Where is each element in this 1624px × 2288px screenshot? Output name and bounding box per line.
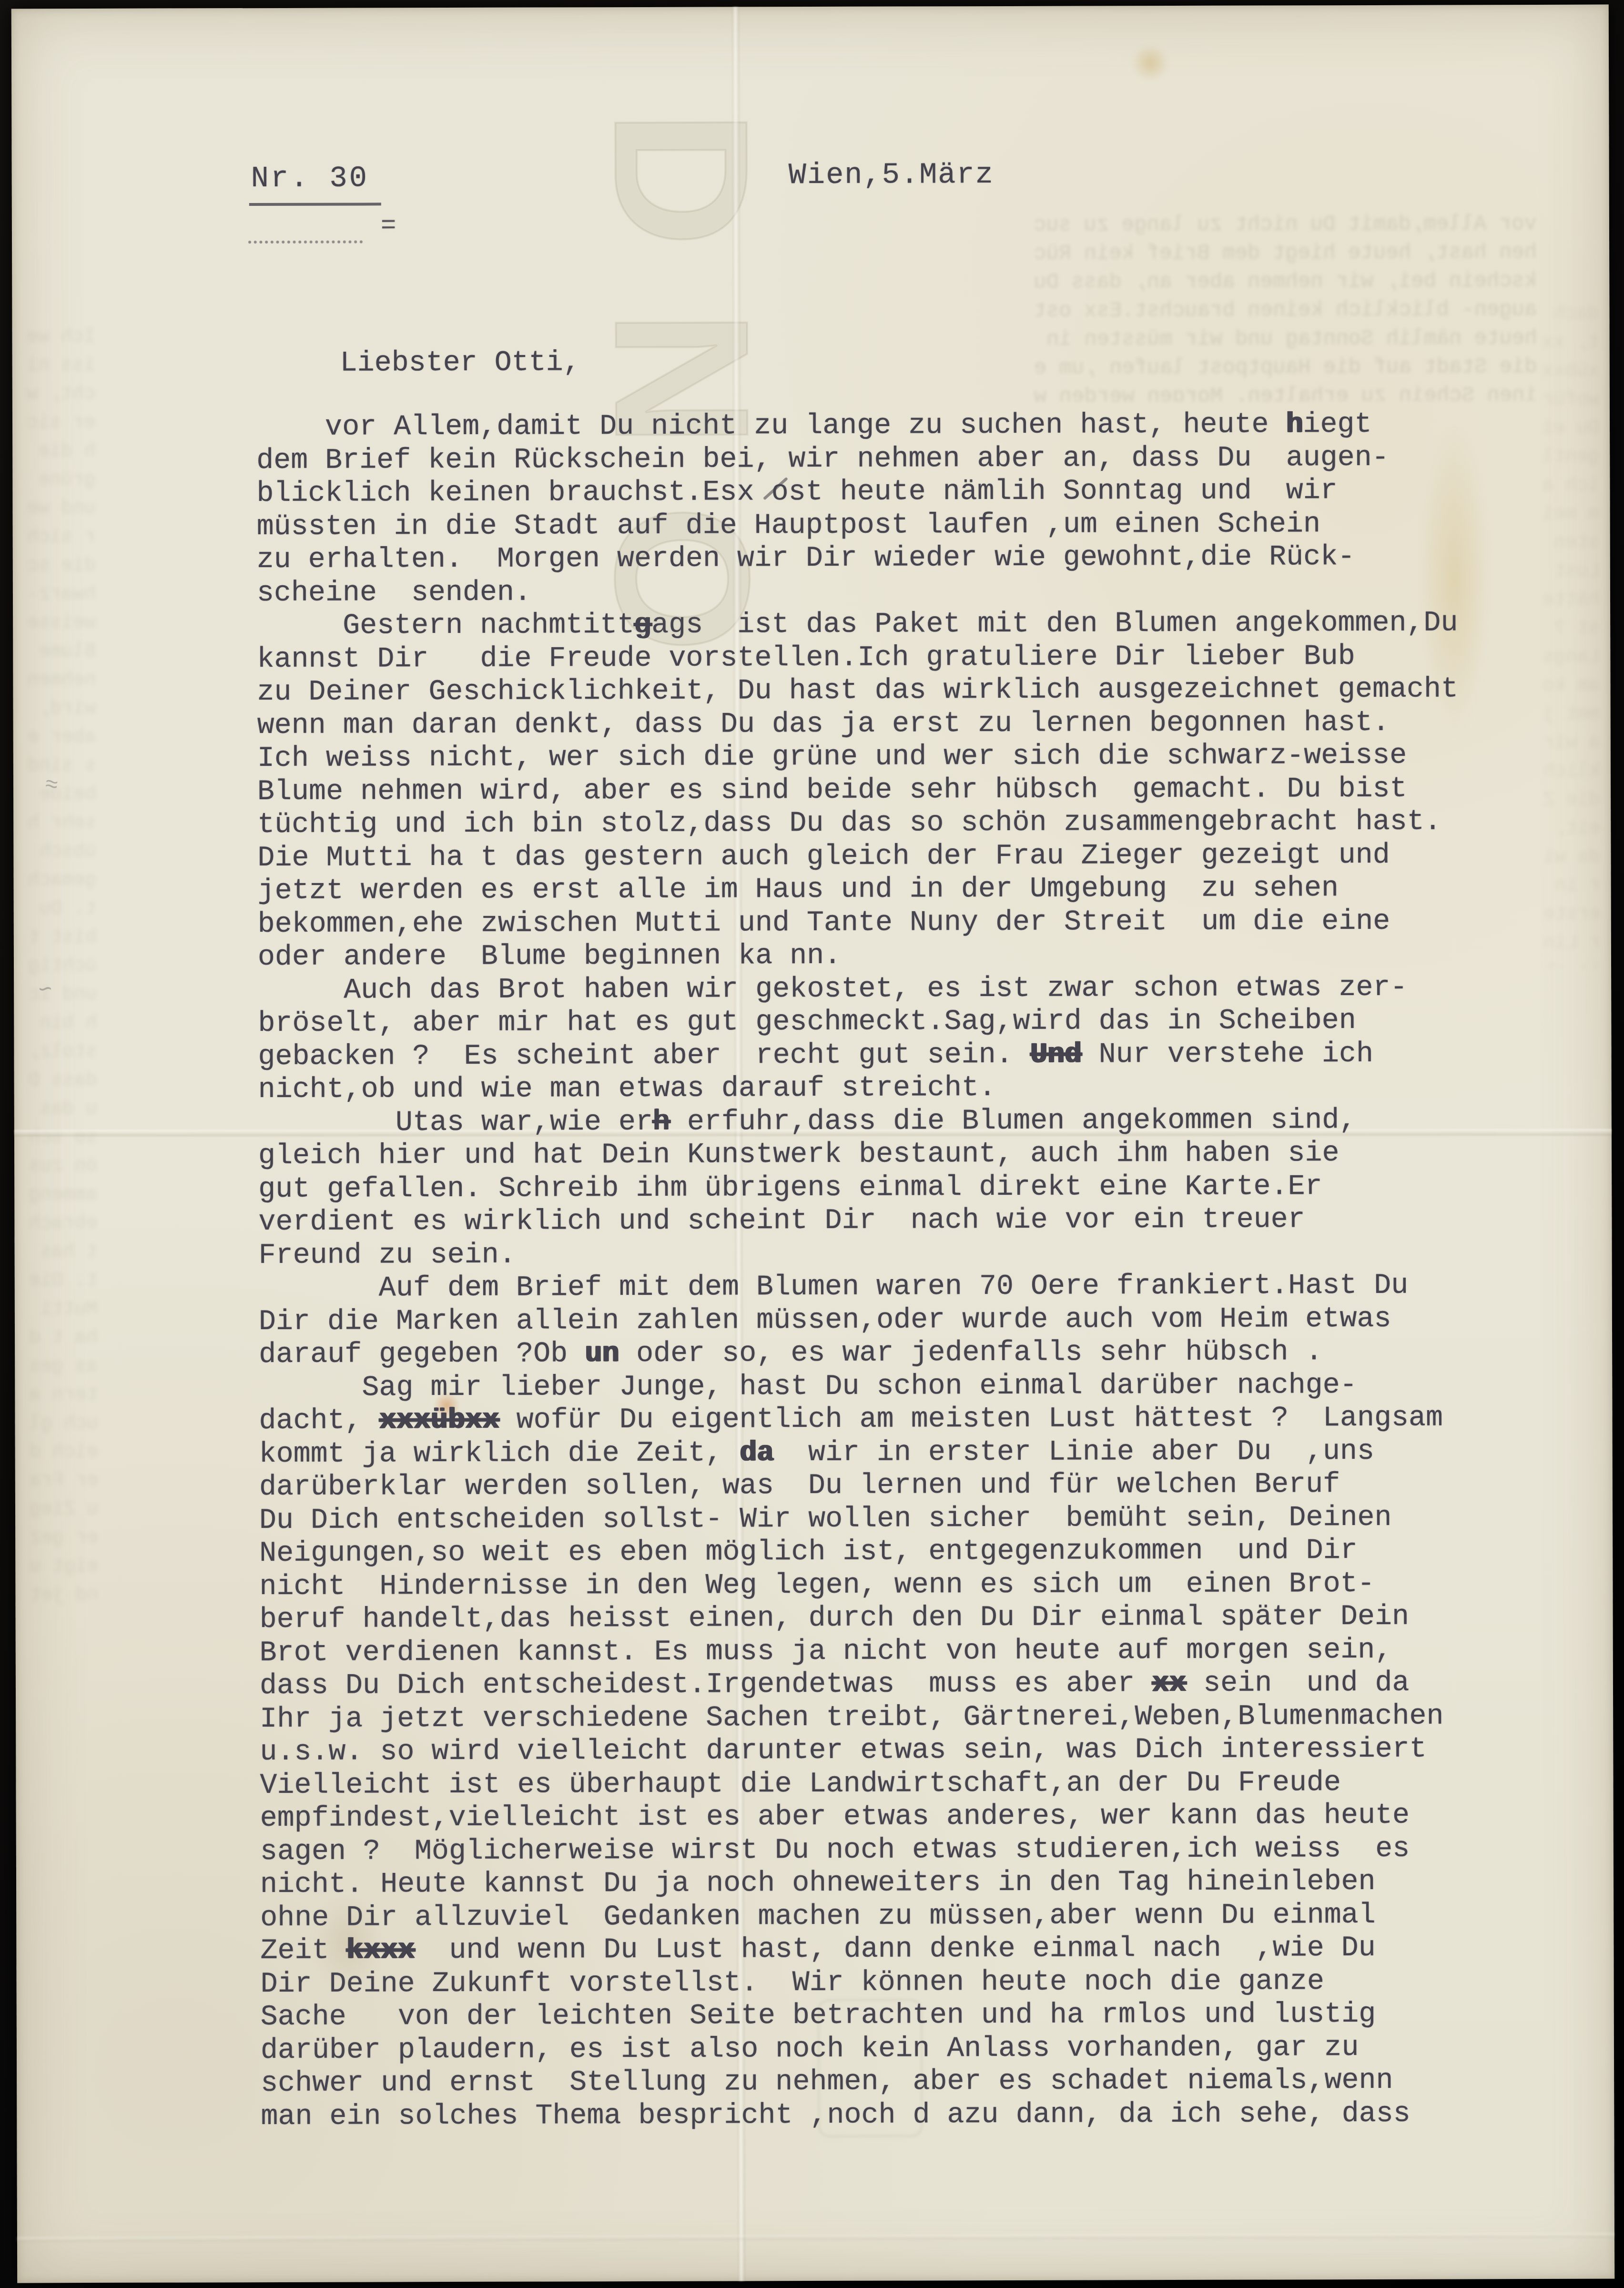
body-line: nicht Hindernisse in den Weg legen, wenn… [259, 1567, 1574, 1604]
body-line: u.s.w. so wird vielleicht darunter etwas… [260, 1733, 1575, 1769]
bleed-through-text-top: vor Allem,damit Du nicht zu lange zu suc… [1022, 210, 1537, 402]
body-line: Freund zu sein. [259, 1236, 1574, 1272]
body-line: nicht,ob und wie man etwas darauf streic… [258, 1070, 1573, 1107]
body-line: Ich weiss nicht, wer sich die grüne und … [257, 739, 1573, 776]
body-line: Auf dem Brief mit dem Blumen waren 70 Oe… [259, 1269, 1574, 1306]
body-line: blicklich keinen brauchst.Esx ost heute … [256, 474, 1572, 511]
body-line: dass Du Dich entscheidest.Irgendetwas mu… [260, 1667, 1575, 1703]
body-line: wenn man daran denkt, dass Du das ja ers… [257, 706, 1573, 742]
body-line: dacht, xxxübxx wofür Du eigentlich am me… [259, 1402, 1574, 1438]
letter-page: DNO vor Allem,damit Du nicht zu lange zu… [11, 5, 1614, 2283]
body-line: verdient es wirklich und scheint Dir nac… [258, 1203, 1573, 1240]
body-line: nicht. Heute kannst Du ja noch ohneweite… [260, 1865, 1575, 1902]
body-line: Dir Deine Zukunft vorstellst. Wir können… [261, 1964, 1576, 2001]
horizontal-fold-crease-bottom [17, 2233, 1614, 2242]
body-line: Zeit kxxx und wenn Du Lust hast, dann de… [260, 1932, 1575, 1968]
body-line: empfindest,vielleicht ist es aber etwas … [260, 1799, 1575, 1836]
body-line: Die Mutti ha t das gestern auch gleich d… [257, 838, 1573, 875]
body-line: man ein solches Thema bespricht ,noch d … [261, 2097, 1576, 2134]
bleed-through-text-left: Ich weiss nicht, wer sich die grüne und … [23, 323, 98, 1610]
body-line: Brot verdienen kannst. Es muss ja nicht … [260, 1633, 1575, 1670]
body-line: Auch das Brot haben wir gekostet, es ist… [258, 971, 1573, 1007]
body-line: Sache von der leichten Seite betrachten … [261, 1998, 1576, 2034]
document-number-underline [248, 240, 363, 244]
body-line: bröselt, aber mir hat es gut geschmeckt.… [258, 1004, 1573, 1041]
body-line: ohne Dir allzuviel Gedanken machen zu mü… [260, 1898, 1575, 1935]
margin-pencil-mark: ∽ [38, 975, 53, 1003]
body-line: darüberklar werden sollen, was Du lernen… [259, 1468, 1574, 1505]
body-line: jetzt werden es erst alle im Haus und in… [258, 872, 1573, 908]
body-line: bekommen,ehe zwischen Mutti und Tante Nu… [258, 905, 1573, 941]
body-line: müssten in die Stadt auf die Hauptpost l… [257, 507, 1572, 544]
paper-stain [1131, 44, 1169, 82]
body-line: vor Allem,damit Du nicht zu lange zu suc… [256, 408, 1572, 445]
body-line: schwer und ernst Stellung zu nehmen, abe… [261, 2064, 1576, 2101]
body-line: beruf handelt,das heisst einen, durch de… [260, 1600, 1575, 1637]
body-line: Sag mir lieber Junge, hast Du schon einm… [259, 1368, 1574, 1405]
body-line: zu Deiner Geschicklichkeit, Du hast das … [257, 673, 1572, 710]
body-line: gut gefallen. Schreib ihm übrigens einma… [258, 1169, 1573, 1206]
body-line: tüchtig und ich bin stolz,dass Du das so… [257, 805, 1573, 842]
body-line: Du Dich entscheiden sollst- Wir wollen s… [259, 1501, 1574, 1537]
body-line: dem Brief kein Rückschein bei, wir nehme… [256, 441, 1572, 478]
body-line: Utas war,wie erh erfuhr,dass die Blumen … [258, 1103, 1573, 1140]
body-line: gleich hier und hat Dein Kunstwerk besta… [258, 1137, 1573, 1173]
body-line: kommt ja wirklich die Zeit, da wir in er… [259, 1434, 1574, 1471]
watermark-letter: D [581, 78, 782, 279]
dateline: Wien,5.März [789, 158, 994, 192]
body-line: scheine senden. [257, 573, 1572, 610]
body-line: darauf gegeben ?Ob un oder so, es war je… [259, 1335, 1574, 1372]
document-number: Nr. 30 [249, 161, 381, 206]
body-line: Ihr ja jetzt verschiedene Sachen treibt,… [260, 1699, 1575, 1736]
body-line: Vielleicht ist es überhaupt die Landwirt… [260, 1766, 1575, 1802]
letter-body: vor Allem,damit Du nicht zu lange zu suc… [256, 408, 1576, 2134]
document-number-mark: = [381, 212, 396, 241]
body-line: darüber plaudern, es ist also noch kein … [261, 2031, 1576, 2067]
body-line: Blume nehmen wird, aber es sind beide se… [257, 772, 1573, 809]
body-line: Dir die Marken allein zahlen müssen,oder… [259, 1302, 1574, 1339]
salutation: Liebster Otti, [340, 346, 580, 379]
body-line: Gestern nachmtittgags ist das Paket mit … [257, 607, 1572, 643]
body-line: oder andere Blume beginnen ka nn. [258, 938, 1573, 975]
body-line: zu erhalten. Morgen werden wir Dir wiede… [257, 540, 1572, 577]
body-line: gebacken ? Es scheint aber recht gut sei… [258, 1037, 1573, 1074]
body-line: kannst Dir die Freude vorstellen.Ich gra… [257, 640, 1572, 676]
body-line: Neigungen,so weit es eben möglich ist, e… [259, 1534, 1574, 1571]
body-line: sagen ? Möglicherweise wirst Du noch etw… [260, 1832, 1575, 1869]
